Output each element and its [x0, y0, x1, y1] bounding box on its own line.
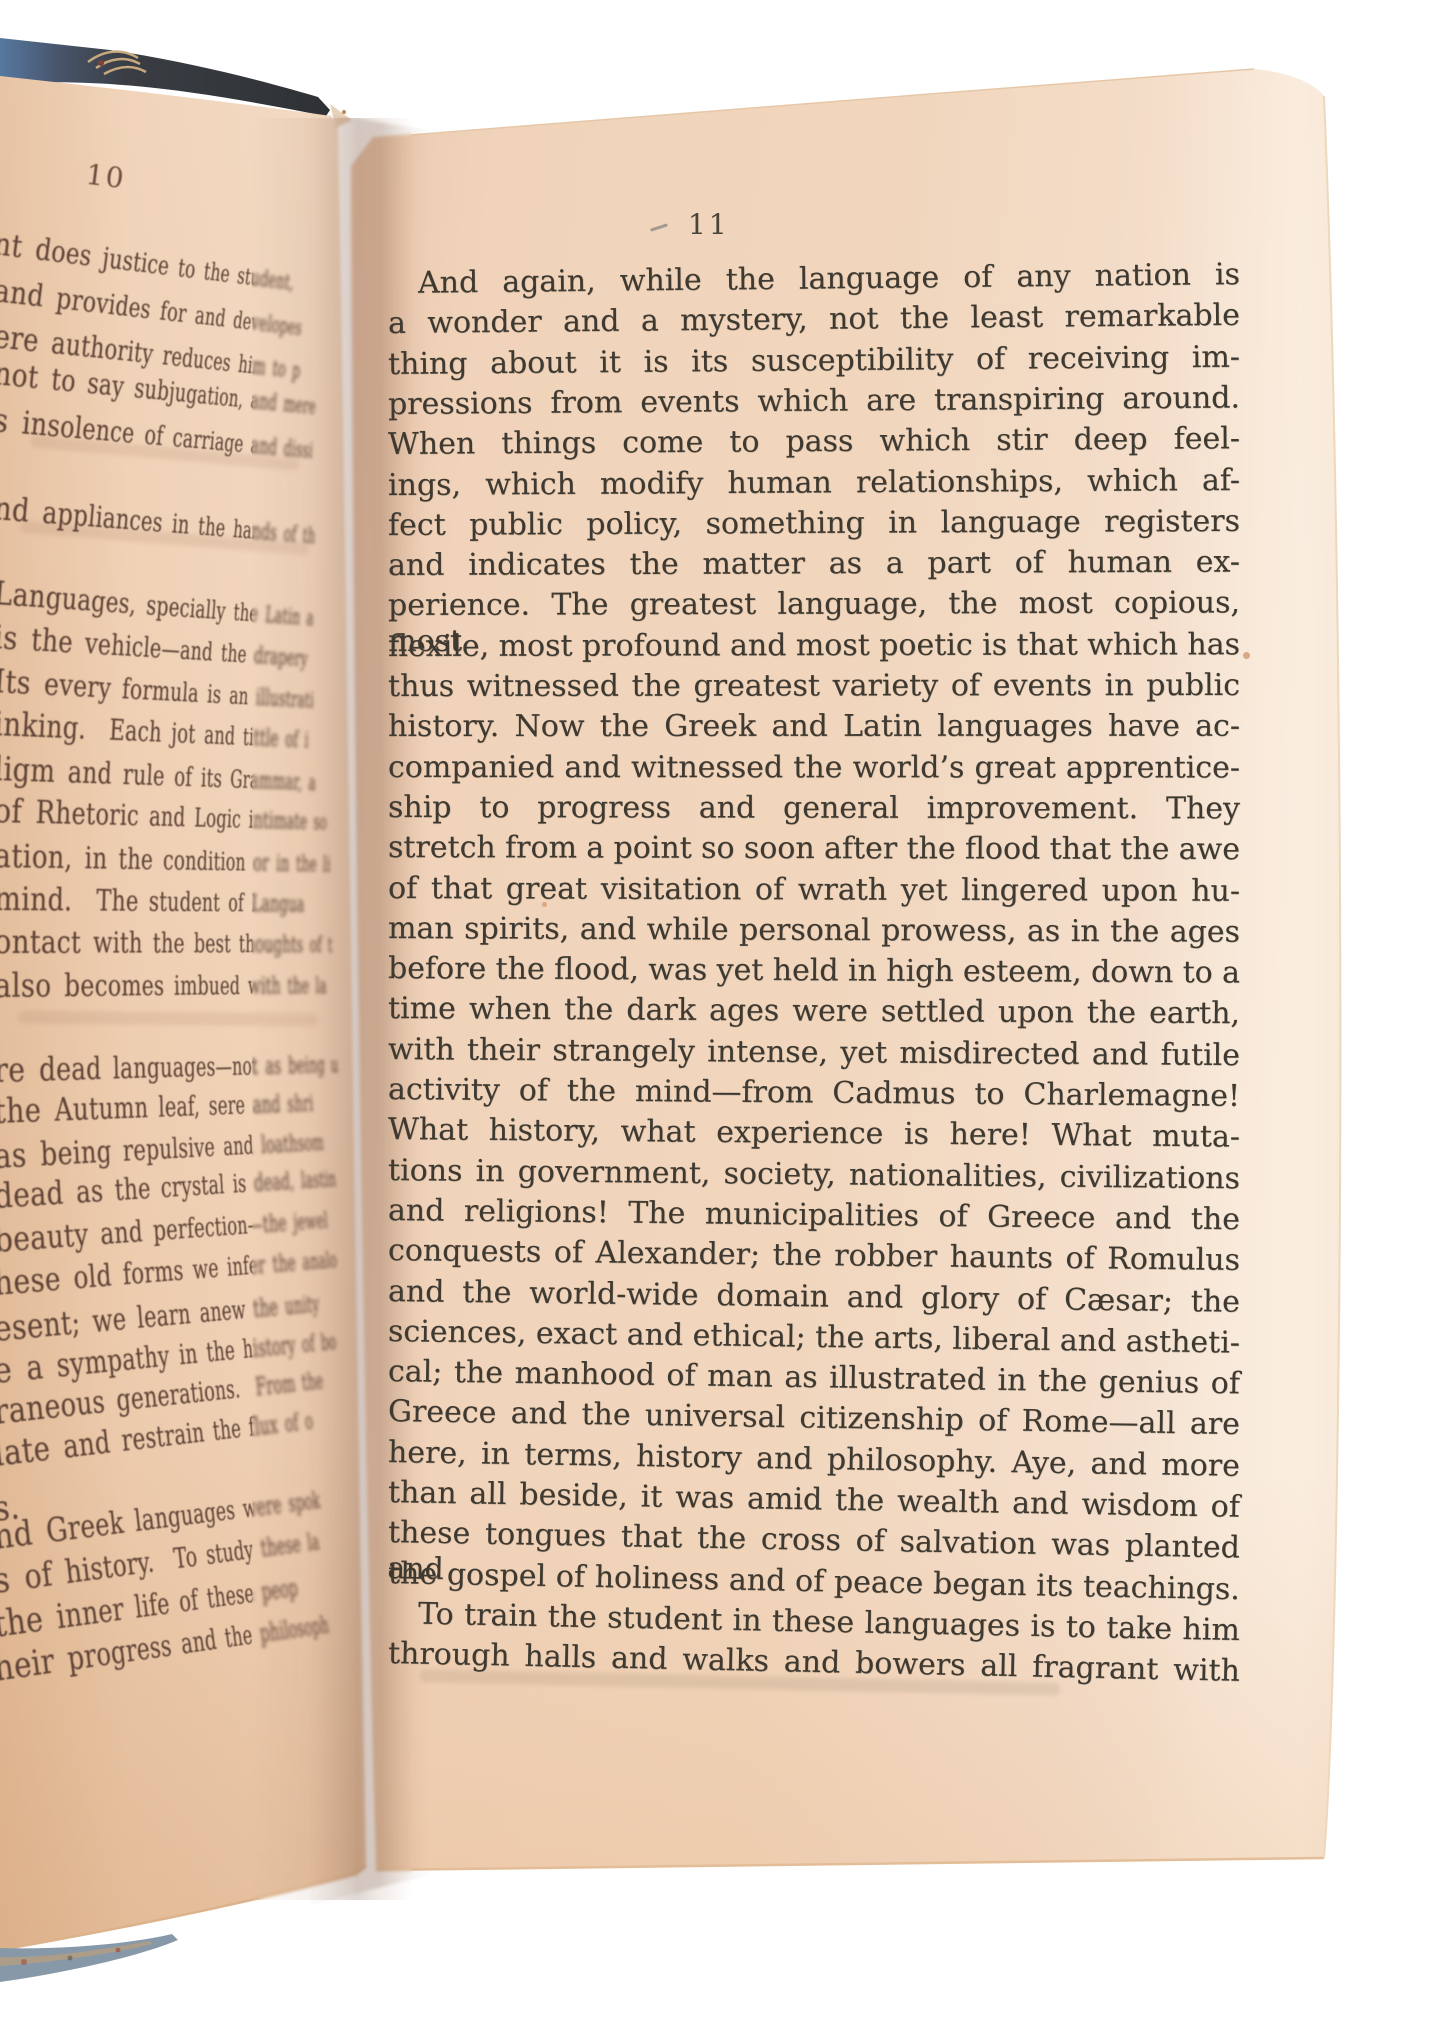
right-page-line: fect public policy, something in languag… — [388, 504, 1240, 545]
right-page-line: a wonder and a mystery, not the least re… — [388, 298, 1240, 343]
paper-stain — [1243, 652, 1250, 659]
right-page-line: conquests of Alexander; the robber haunt… — [388, 1233, 1240, 1280]
right-page-line: before the flood, was yet held in high e… — [388, 951, 1240, 992]
right-page-line: and religions! The municipalities of Gre… — [388, 1193, 1240, 1239]
right-page-line: activity of the mind—from Cadmus to Char… — [388, 1072, 1240, 1116]
right-page-line: And again, while the language of any nat… — [388, 257, 1240, 303]
right-page-line: and the world-wide domain and glory of C… — [388, 1274, 1240, 1322]
right-page-text: 11 And again, while the language of any … — [0, 0, 1445, 2023]
right-page-line: stretch from a point so soon after the f… — [388, 830, 1240, 869]
right-page-line: and indicates the matter as a part of hu… — [388, 545, 1240, 585]
right-page-line: thing about it is its susceptibility of … — [388, 339, 1240, 383]
page-number-right: 11 — [688, 208, 730, 241]
right-page-line: When things come to pass which stir deep… — [388, 421, 1240, 464]
right-page-line: with their strangely intense, yet misdir… — [388, 1032, 1240, 1075]
pencil-mark — [650, 223, 668, 231]
right-page-line: of that great visitation of wrath yet li… — [388, 871, 1240, 911]
right-page-line: flexile, most profound and most poetic i… — [388, 627, 1240, 666]
right-page-line: man spirits, and while personal prowess,… — [388, 911, 1240, 952]
right-page-line: history. Now the Greek and Latin languag… — [388, 709, 1240, 746]
right-page-line: What history, what experience is here! W… — [388, 1112, 1240, 1157]
right-page-line: ship to progress and general improvement… — [388, 790, 1240, 828]
right-page-line: tions in government, society, nationalit… — [388, 1153, 1240, 1198]
right-page-line: pressions from events which are transpir… — [388, 380, 1240, 424]
right-page-line: perience. The greatest language, the mos… — [388, 586, 1240, 626]
right-page-line: thus witnessed the greatest variety of e… — [388, 668, 1240, 706]
right-page-line: ings, which modify human relationships, … — [388, 462, 1240, 504]
right-page-line: companied and witnessed the world’s grea… — [388, 750, 1240, 787]
open-book-photo: 10 nt does justice to the student,and pr… — [0, 0, 1445, 2023]
right-page-line: time when the dark ages were settled upo… — [388, 991, 1240, 1033]
